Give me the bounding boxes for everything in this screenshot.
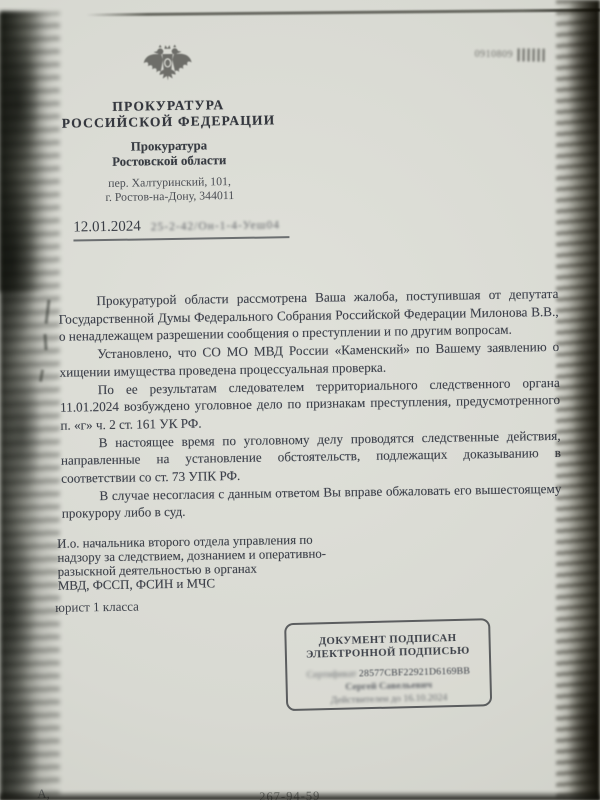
paragraph: В настоящее время по уголовному делу про… xyxy=(61,427,562,488)
letterhead: ПРОКУРАТУРА РОССИЙСКОЙ ФЕДЕРАЦИИ Прокура… xyxy=(42,40,294,205)
certificate-value: 28577CBF22921D6169BB xyxy=(359,666,470,680)
document-page: ПРОКУРАТУРА РОССИЙСКОЙ ФЕДЕРАЦИИ Прокура… xyxy=(0,0,600,800)
electronic-signature-stamp: ДОКУМЕНТ ПОДПИСАН ЭЛЕКТРОННОЙ ПОДПИСЬЮ С… xyxy=(284,618,492,711)
barcode-icon xyxy=(517,48,547,61)
signer-title: И.о. начальника второго отдела управлени… xyxy=(57,532,403,593)
paragraph: По ее результатам следователем территори… xyxy=(60,373,561,434)
photo-edge-shadow-left xyxy=(0,12,60,800)
photographed-document: ПРОКУРАТУРА РОССИЙСКОЙ ФЕДЕРАЦИИ Прокура… xyxy=(0,0,600,800)
stamp-validity-line: Действителен до 16.10.2024 xyxy=(288,691,490,707)
russian-coat-of-arms-icon xyxy=(141,42,194,93)
body-text: Прокуратурой области рассмотрена Ваша жа… xyxy=(58,285,562,523)
paragraph: В случае несогласия с данным ответом Вы … xyxy=(61,480,561,523)
date-reference-line: 12.01.2024 25-2-42/Он-1-4-Уеш04 xyxy=(73,216,289,241)
signer-title-line: МВД, ФССП, ФСИН и МЧС xyxy=(58,574,403,593)
barcode-digits: 0910809 xyxy=(475,48,514,59)
reference-number: 25-2-42/Он-1-4-Уеш04 xyxy=(151,219,280,233)
photo-edge-shadow-right xyxy=(556,0,600,800)
photo-edge-shadow-bottom xyxy=(0,791,600,800)
document-date: 12.01.2024 xyxy=(73,218,141,236)
address-line2: г. Ростов-на-Дону, 344011 xyxy=(45,188,295,205)
certificate-label: Сертификат xyxy=(306,668,356,680)
org-name-line2: РОССИЙСКОЙ ФЕДЕРАЦИИ xyxy=(44,112,294,132)
signer-rank: юрист 1 класса xyxy=(55,599,139,616)
division-line2: Ростовской области xyxy=(44,152,294,170)
paragraph: Прокуратурой области рассмотрена Ваша жа… xyxy=(58,285,559,346)
